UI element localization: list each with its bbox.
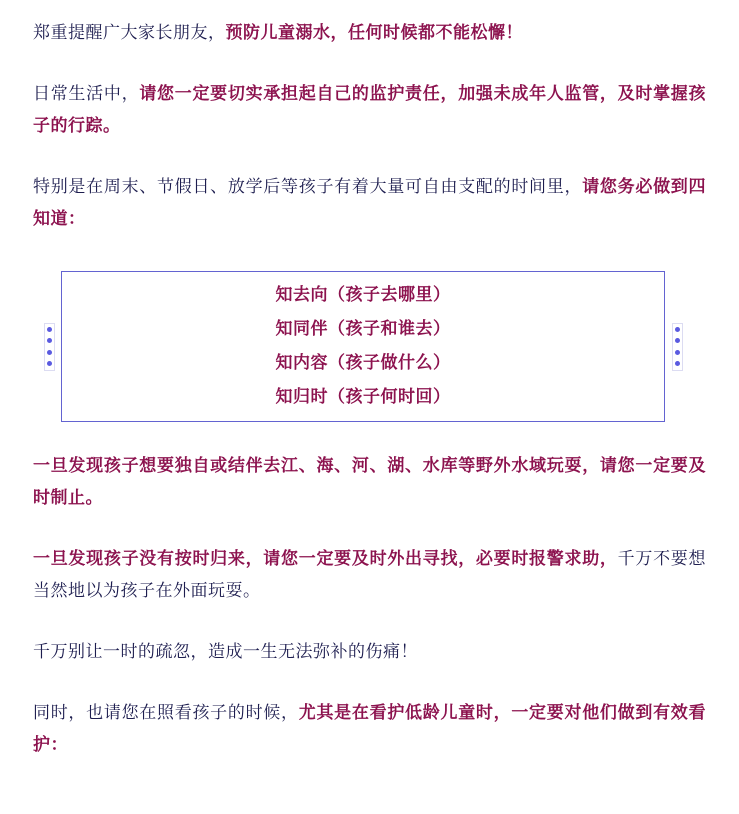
four-knows-box-wrapper: 知去向（孩子去哪里） 知同伴（孩子和谁去） 知内容（孩子做什么） 知归时（孩子何… — [61, 271, 665, 422]
paragraph-warning-headline: 郑重提醒广大家长朋友，预防儿童溺水，任何时候都不能松懈！ — [33, 17, 706, 49]
paragraph-four-knows-intro: 特别是在周末、节假日、放学后等孩子有着大量可自由支配的时间里，请您务必做到四知道… — [33, 171, 706, 235]
know-line-companions: 知同伴（孩子和谁去） — [62, 312, 664, 346]
emphasis-text: 预防儿童溺水，任何时候都不能松懈！ — [226, 23, 524, 42]
body-text: 郑重提醒广大家长朋友， — [33, 23, 226, 42]
know-line-activity: 知内容（孩子做什么） — [62, 346, 664, 380]
four-knows-box: 知去向（孩子去哪里） 知同伴（孩子和谁去） 知内容（孩子做什么） 知归时（孩子何… — [61, 271, 665, 422]
article-body: 郑重提醒广大家长朋友，预防儿童溺水，任何时候都不能松懈！ 日常生活中，请您一定要… — [0, 0, 739, 814]
dot-decoration-right-icon — [672, 323, 683, 371]
paragraph-effective-care: 同时，也请您在照看孩子的时候，尤其是在看护低龄儿童时，一定要对他们做到有效看护： — [33, 697, 706, 761]
know-line-destination: 知去向（孩子去哪里） — [62, 278, 664, 312]
paragraph-daily-supervision: 日常生活中，请您一定要切实承担起自己的监护责任，加强未成年人监管，及时掌握孩子的… — [33, 78, 706, 142]
know-line-return-time: 知归时（孩子何时回） — [62, 380, 664, 414]
paragraph-search-if-late: 一旦发现孩子没有按时归来，请您一定要及时外出寻找，必要时报警求助，千万不要想当然… — [33, 543, 706, 607]
dot-decoration-left-icon — [44, 323, 55, 371]
emphasis-text: 一旦发现孩子想要独自或结伴去江、海、河、湖、水库等野外水域玩耍，请您一定要及时制… — [33, 456, 706, 507]
body-text: 千万别让一时的疏忽，造成一生无法弥补的伤痛！ — [33, 642, 418, 661]
emphasis-text: 一旦发现孩子没有按时归来，请您一定要及时外出寻找，必要时报警求助， — [33, 549, 618, 568]
body-text: 特别是在周末、节假日、放学后等孩子有着大量可自由支配的时间里， — [33, 177, 582, 196]
paragraph-stop-wild-swimming: 一旦发现孩子想要独自或结伴去江、海、河、湖、水库等野外水域玩耍，请您一定要及时制… — [33, 450, 706, 514]
body-text: 日常生活中， — [33, 84, 139, 103]
body-text: 同时，也请您在照看孩子的时候， — [33, 703, 299, 722]
paragraph-negligence-warning: 千万别让一时的疏忽，造成一生无法弥补的伤痛！ — [33, 636, 706, 668]
